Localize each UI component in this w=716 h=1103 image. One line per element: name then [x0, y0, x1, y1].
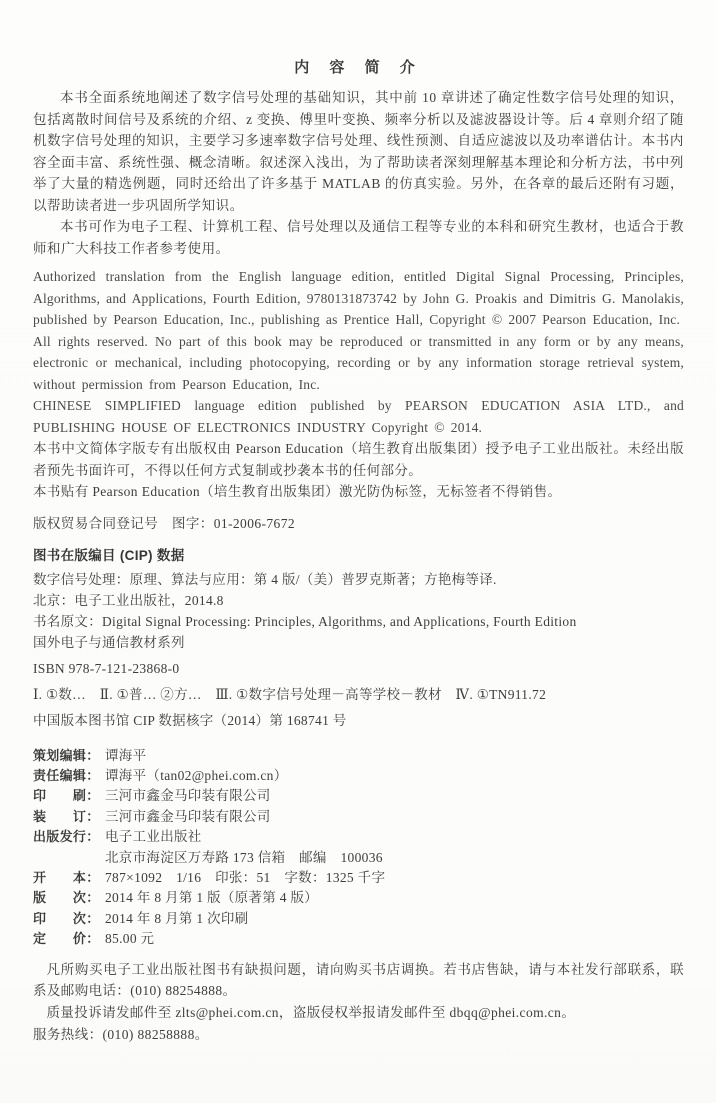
cip-classification-line: Ⅰ. ①数… Ⅱ. ①普… ②方… Ⅲ. ①数字信号处理－高等学校－教材 Ⅳ. … [33, 684, 684, 705]
notice-service-hotline: 服务热线：(010) 88258888。 [33, 1024, 684, 1046]
pub-value: 2014 年 8 月第 1 次印刷 [105, 911, 248, 926]
pub-row-planning-editor: 策划编辑：谭海平 [33, 746, 684, 766]
notice-quality-complaint-emails: 质量投诉请发邮件至 zlts@phei.com.cn，盗版侵权举报请发邮件至 d… [33, 1002, 684, 1024]
book-copyright-page: 内 容 简 介 本书全面系统地阐述了数字信号处理的基础知识，其中前 10 章讲述… [0, 0, 716, 1103]
reader-notices-section: 凡所购买电子工业出版社图书有缺损问题，请向购买书店调换。若书店售缺，请与本社发行… [33, 959, 684, 1046]
pub-row-edition: 版 次：2014 年 8 月第 1 版（原著第 4 版） [33, 888, 684, 908]
pub-row-printing: 印 次：2014 年 8 月第 1 次印刷 [33, 909, 684, 929]
pub-label: 版 次： [33, 888, 105, 908]
content-summary-paragraph-1: 本书全面系统地阐述了数字信号处理的基础知识，其中前 10 章讲述了确定性数字信号… [33, 87, 684, 216]
copyright-authorized-translation: Authorized translation from the English … [33, 266, 684, 331]
cip-publisher-line: 北京：电子工业出版社，2014.8 [33, 590, 684, 611]
pub-value: 三河市鑫金马印装有限公司 [105, 788, 271, 803]
cip-heading: 图书在版编目 (CIP) 数据 [33, 545, 684, 566]
cip-record-number-line: 中国版本图书馆 CIP 数据核字（2014）第 168741 号 [33, 710, 684, 731]
copyright-all-rights-reserved: All rights reserved. No part of this boo… [33, 331, 684, 396]
pub-row-binder: 装 订：三河市鑫金马印装有限公司 [33, 807, 684, 827]
copyright-exclusive-rights-cn: 本书中文简体字版专有出版权由 Pearson Education（培生教育出版集… [33, 438, 684, 481]
pub-row-price: 定 价：85.00 元 [33, 929, 684, 949]
publication-info-section: 策划编辑：谭海平 责任编辑：谭海平（tan02@phei.com.cn） 印 刷… [33, 746, 684, 950]
pub-label: 出版发行： [33, 827, 105, 847]
pub-value: 谭海平 [105, 748, 146, 763]
pub-value: 787×1092 1/16 印张：51 字数：1325 千字 [105, 870, 385, 885]
pub-label: 定 价： [33, 929, 105, 949]
pub-label: 开 本： [33, 868, 105, 888]
copyright-chinese-simplified-edition: CHINESE SIMPLIFIED language edition publ… [33, 395, 684, 438]
pub-value: 电子工业出版社 [105, 829, 202, 844]
copyright-anti-piracy-label-cn: 本书贴有 Pearson Education（培生教育出版集团）激光防伪标签，无… [33, 481, 684, 503]
pub-label: 印 次： [33, 909, 105, 929]
pub-label: 责任编辑： [33, 766, 105, 786]
copyright-contract-registration-number: 版权贸易合同登记号 图字：01-2006-7672 [33, 512, 684, 532]
pub-row-printer: 印 刷：三河市鑫金马印装有限公司 [33, 786, 684, 806]
content-summary-section: 内 容 简 介 本书全面系统地阐述了数字信号处理的基础知识，其中前 10 章讲述… [33, 56, 684, 259]
pub-label: 策划编辑： [33, 746, 105, 766]
pub-value: 谭海平（tan02@phei.com.cn） [105, 768, 288, 783]
pub-value: 三河市鑫金马印装有限公司 [105, 809, 271, 824]
pub-row-responsible-editor: 责任编辑：谭海平（tan02@phei.com.cn） [33, 766, 684, 786]
cip-series-line: 国外电子与通信教材系列 [33, 632, 684, 653]
notice-defective-book-exchange: 凡所购买电子工业出版社图书有缺损问题，请向购买书店调换。若书店售缺，请与本社发行… [33, 959, 684, 1003]
cip-book-title-line: 数字信号处理：原理、算法与应用：第 4 版/（美）普罗克斯著；方艳梅等译. [33, 569, 684, 590]
pub-value: 85.00 元 [105, 931, 154, 946]
copyright-statement-section: Authorized translation from the English … [33, 266, 684, 503]
cip-isbn-line: ISBN 978-7-121-23868-0 [33, 658, 684, 679]
pub-row-publisher-address: 北京市海淀区万寿路 173 信箱 邮编 100036 [33, 848, 684, 868]
pub-value: 北京市海淀区万寿路 173 信箱 邮编 100036 [105, 850, 383, 865]
pub-row-publisher: 出版发行：电子工业出版社 [33, 827, 684, 847]
cip-original-title-line: 书名原文：Digital Signal Processing: Principl… [33, 611, 684, 632]
content-summary-title: 内 容 简 介 [33, 56, 684, 77]
cip-data-section: 图书在版编目 (CIP) 数据 数字信号处理：原理、算法与应用：第 4 版/（美… [33, 545, 684, 731]
pub-label: 印 刷： [33, 786, 105, 806]
pub-row-format: 开 本：787×1092 1/16 印张：51 字数：1325 千字 [33, 868, 684, 888]
content-summary-paragraph-2: 本书可作为电子工程、计算机工程、信号处理以及通信工程等专业的本科和研究生教材，也… [33, 216, 684, 259]
pub-value: 2014 年 8 月第 1 版（原著第 4 版） [105, 890, 318, 905]
pub-label: 装 订： [33, 807, 105, 827]
